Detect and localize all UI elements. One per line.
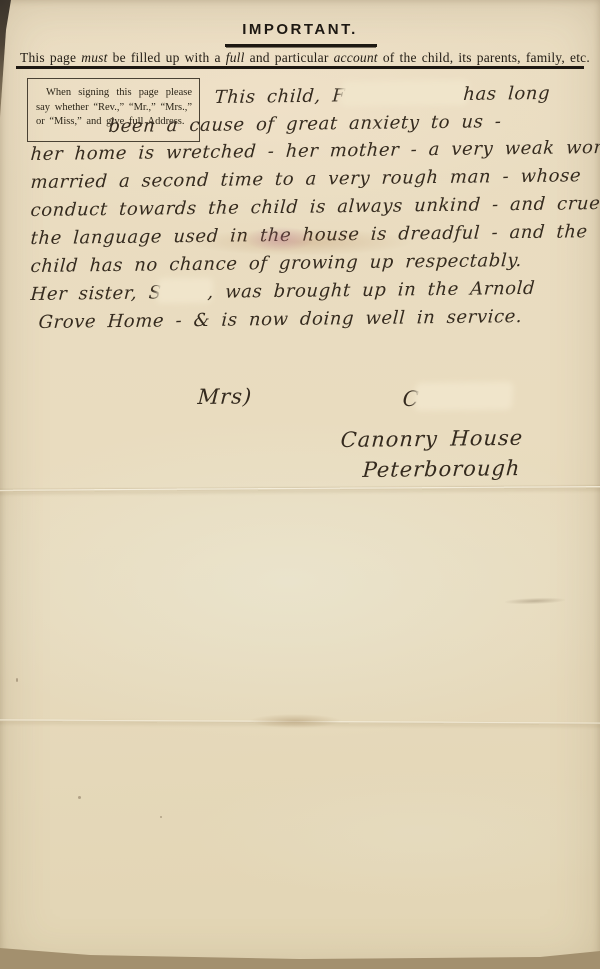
handwritten-line: married a second time to a very rough ma…: [30, 165, 582, 193]
signature-address-line: Canonry House: [340, 426, 524, 452]
stain: [505, 597, 565, 605]
fold-crease: [0, 719, 600, 724]
handwritten-text: has long: [463, 83, 551, 105]
paper-speck: [78, 796, 81, 799]
redaction-patch: [161, 283, 208, 299]
page-title: IMPORTANT.: [0, 21, 600, 38]
redaction-patch: [419, 387, 508, 406]
fold-crease: [0, 486, 600, 492]
instruction-part-italic: must: [81, 50, 107, 65]
paper-page: IMPORTANT. This page must be filled up w…: [0, 0, 600, 969]
paper-speck: [160, 816, 162, 818]
instruction-part: of the child, its parents, family, etc.: [378, 50, 590, 65]
signature-address-line: Peterborough: [362, 456, 521, 482]
handwritten-line: child has no chance of growing up respec…: [30, 250, 523, 277]
instruction-part: and particular: [245, 50, 334, 65]
handwritten-line: the language used in the house is dreadf…: [30, 221, 588, 249]
handwritten-text: This child, F: [214, 85, 346, 108]
instruction-part: be filled up with a: [108, 50, 226, 65]
scanned-letter: IMPORTANT. This page must be filled up w…: [0, 0, 600, 969]
handwritten-line: conduct towards the child is always unki…: [30, 193, 600, 221]
instruction-part: This page: [20, 50, 81, 65]
handwritten-line: Grove Home - & is now doing well in serv…: [38, 306, 523, 333]
handwritten-line: This child, Fhas long: [214, 83, 551, 108]
instruction-line: This page must be filled up with a full …: [20, 50, 586, 66]
signature-prefix: Mrs): [197, 384, 253, 409]
redaction-patch: [345, 85, 464, 101]
handwritten-text: , was brought up in the Arnold: [207, 278, 536, 303]
instruction-part-italic: account: [334, 50, 378, 65]
handwritten-line: Her sister, S, was brought up in the Arn…: [30, 278, 536, 305]
paper-speck: [16, 678, 18, 682]
signature-initial: C: [402, 387, 420, 411]
title-underline: [225, 44, 377, 47]
instruction-part-italic: full: [226, 50, 245, 65]
handwritten-text: Her sister, S: [30, 282, 162, 305]
signature-name: C: [402, 386, 508, 411]
handwritten-line: been a cause of great anxiety to us -: [108, 111, 502, 137]
header-rule: [16, 66, 584, 69]
